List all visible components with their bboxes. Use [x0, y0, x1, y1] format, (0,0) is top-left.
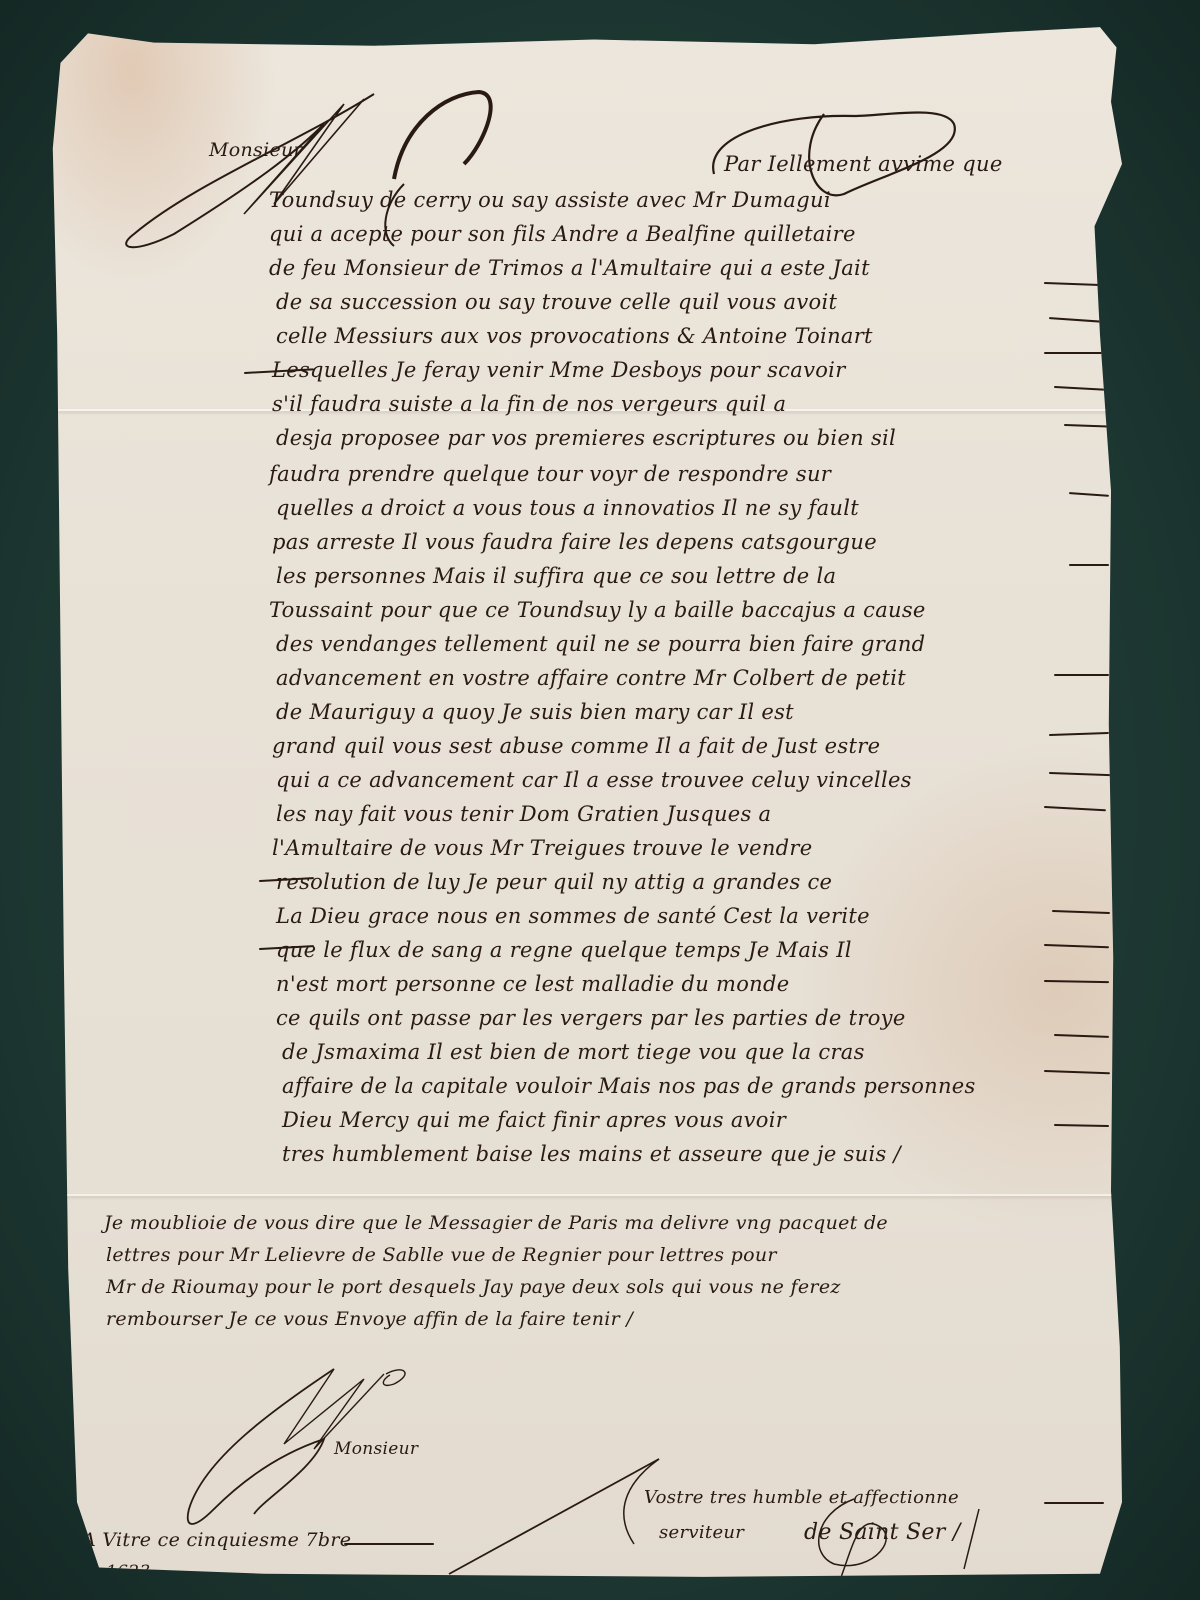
body-line: les nay fait vous tenir Dom Gratien Jusq… — [276, 800, 771, 828]
line-fill — [1044, 1070, 1110, 1074]
signature-stroke-icon — [444, 1444, 764, 1594]
signature-name: de Saint Ser / — [804, 1520, 961, 1545]
postscript-line: Je moublioie de vous dire que le Messagi… — [104, 1212, 888, 1234]
body-line: de Jsmaxima Il est bien de mort tiege vo… — [282, 1038, 865, 1066]
line-fill — [1054, 1124, 1109, 1127]
body-line: de sa succession ou say trouve celle qui… — [276, 288, 837, 316]
body-line: n'est mort personne ce lest malladie du … — [276, 970, 789, 998]
signature-underline — [1044, 1502, 1104, 1504]
body-line: de feu Monsieur de Trimos a l'Amultaire … — [269, 254, 870, 282]
salutation: Monsieur — [209, 136, 303, 164]
body-line: les personnes Mais il suffira que ce sou… — [276, 562, 836, 590]
line-fill — [1049, 732, 1109, 736]
signature-line-2: serviteur — [659, 1522, 744, 1543]
body-line: advancement en vostre affaire contre Mr … — [276, 664, 906, 692]
body-line: tres humblement baise les mains et asseu… — [282, 1140, 901, 1168]
place-date: A Vitre ce cinquiesme 7bre — [82, 1529, 351, 1551]
body-line: grand quil vous sest abuse comme Il a fa… — [272, 732, 880, 760]
body-line: affaire de la capitale vouloir Mais nos … — [282, 1072, 976, 1100]
line-fill — [1069, 492, 1109, 497]
postscript-line: Mr de Rioumay pour le port desquels Jay … — [106, 1276, 841, 1298]
fold-crease-2 — [44, 1194, 1144, 1196]
body-line: pas arreste Il vous faudra faire les dep… — [272, 528, 877, 556]
line-fill — [1044, 352, 1104, 354]
body-line: quelles a droict a vous tous a innovatio… — [276, 494, 859, 522]
body-line: faudra prendre quelque tour voyr de resp… — [269, 460, 831, 488]
opening-line: Par Iellement avvime que — [724, 150, 1003, 178]
body-line: Toundsuy de cerry ou say assiste avec Mr… — [269, 186, 831, 214]
place-date-underline — [344, 1543, 434, 1545]
line-fill — [1049, 317, 1107, 323]
body-line: La Dieu grace nous en sommes de santé Ce… — [276, 902, 870, 930]
line-fill — [1044, 944, 1109, 948]
line-fill — [1054, 674, 1109, 676]
body-line: l'Amultaire de vous Mr Treigues trouve l… — [272, 834, 812, 862]
line-fill — [1052, 910, 1110, 914]
closing-salutation: Monsieur — [334, 1439, 418, 1459]
body-line: celle Messiurs aux vos provocations & An… — [276, 322, 873, 350]
letter-sheet: Monsieur Par Iellement avvime que Tounds… — [44, 24, 1144, 1580]
body-line: s'il faudra suiste a la fin de nos verge… — [272, 390, 786, 418]
body-line: resolution de luy Je peur quil ny attig … — [276, 868, 832, 896]
body-line: desja proposee par vos premieres escript… — [276, 424, 896, 452]
body-line: Lesquelles Je feray venir Mme Desboys po… — [272, 356, 846, 384]
body-line: ce quils ont passe par les vergers par l… — [276, 1004, 906, 1032]
body-line: que le flux de sang a regne quelque temp… — [276, 936, 852, 964]
line-fill — [1069, 564, 1109, 566]
body-line: qui a ce advancement car Il a esse trouv… — [276, 766, 912, 794]
body-line: de Mauriguy a quoy Je suis bien mary car… — [276, 698, 794, 726]
postscript-line: rembourser Je ce vous Envoye affin de la… — [106, 1308, 633, 1330]
line-fill — [1044, 282, 1106, 286]
line-fill — [1044, 806, 1106, 811]
body-line: qui a acepte pour son fils Andre a Bealf… — [269, 220, 856, 248]
line-fill — [1044, 980, 1109, 983]
line-fill — [1054, 386, 1109, 391]
line-fill — [1049, 772, 1111, 776]
body-line: des vendanges tellement quil ne se pourr… — [276, 630, 925, 658]
postscript-line: lettres pour Mr Lelievre de Sablle vue d… — [106, 1244, 777, 1266]
body-line: Dieu Mercy qui me faict finir apres vous… — [282, 1106, 786, 1134]
line-fill — [1054, 1034, 1109, 1038]
line-fill — [1064, 424, 1109, 428]
body-line: Toussaint pour que ce Toundsuy ly a bail… — [269, 596, 926, 624]
signature-line-1: Vostre tres humble et affectionne — [644, 1487, 959, 1508]
